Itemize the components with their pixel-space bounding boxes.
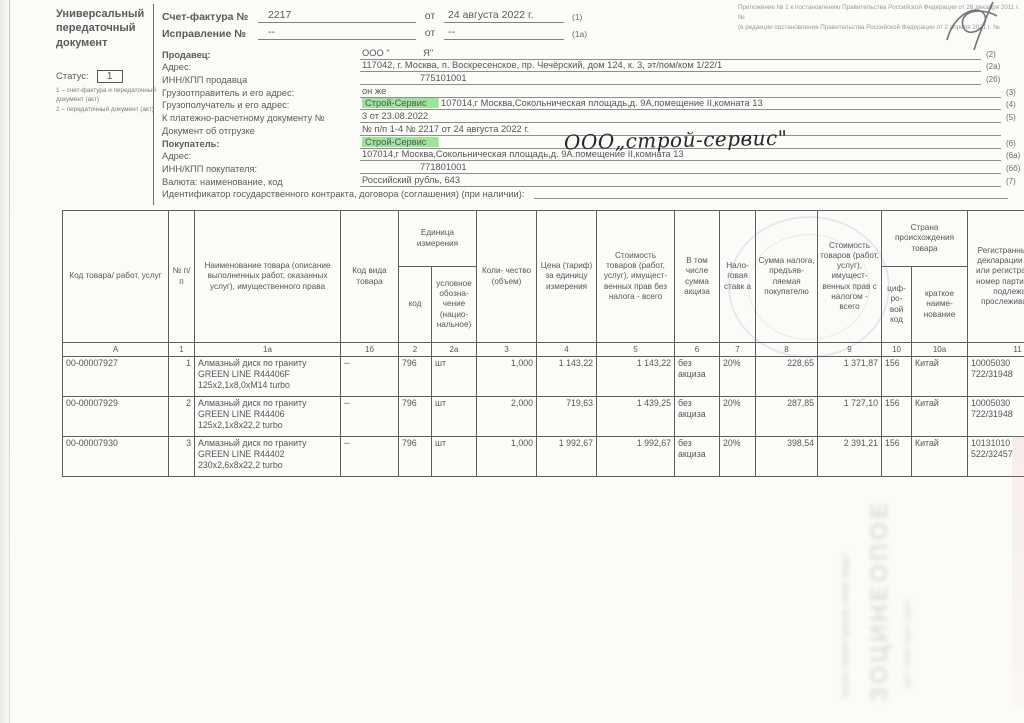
header-price: Цена (тариф) за единицу измерения [537,211,597,343]
cell-sum-with-tax: 1 371,87 [818,357,882,397]
cell-item-code: 00-00007929 [63,397,169,437]
field-value: 3 от 23.08.2022 [362,111,428,121]
code-cell: 2 [399,343,432,357]
field-currency: Валюта: наименование, код Российский руб… [162,174,1008,187]
code-cell: 3 [477,343,537,357]
code-cell: 10 [882,343,912,357]
field-label: К платежно-расчетному документу № [162,113,360,123]
header-country: Страна происхождения товара [882,211,968,267]
cell-price: 1 992,67 [537,437,597,477]
code-cell: 2а [432,343,477,357]
field-consignee: Грузополучатель и его адрес: Строй-Серви… [162,98,1008,111]
cell-sum-without-tax: 1 992,67 [597,437,675,477]
field-gov-contract: Идентификатор государственного контракта… [162,187,1008,200]
document-title: Универсальный передаточный документ [56,7,160,50]
field-label: Идентификатор государственного контракта… [162,189,534,199]
code-cell: А [63,343,169,357]
scan-edge-line [9,0,10,723]
highlighted-buyer-name: Строй-Сервис [362,137,438,147]
cell-excise: без акциза [675,437,720,477]
cell-row-number: 1 [169,357,195,397]
cell-tax-rate: 20% [720,397,756,437]
header-country-name: краткое наиме- нование [912,267,968,343]
cell-country-name: Китай [912,397,968,437]
cell-quantity: 1,000 [477,437,537,477]
field-label: Валюта: наименование, код [162,177,360,187]
table-row: 00-00007929 2 Алмазный диск по граниту G… [63,397,1024,437]
cell-unit-symbol: шт [432,397,477,437]
header-unit-symbol: условное обозна- чение (нацио- нальное) [432,267,477,343]
field-label: Адрес: [162,151,360,161]
field-value: 117042, г. Москва, п. Воскресенское, пр.… [362,60,722,70]
cell-country-code: 156 [882,397,912,437]
field-label: Грузоотправитель и его адрес: [162,88,360,98]
field-ref: (6) [1001,139,1024,149]
invoice-label: Счет-фактура № [162,11,258,23]
field-value: ООО " Я" [362,48,433,58]
cell-unit-code: 796 [399,437,432,477]
header-item-name: Наименование товара (описание выполненны… [195,211,341,343]
code-cell: 9 [818,343,882,357]
code-cell: 7 [720,343,756,357]
field-seller-inn: ИНН/КПП продавца 775101001 (2б) [162,72,1008,85]
field-ref: (6б) [1001,164,1024,174]
field-seller: Продавец: ООО " Я" (2) [162,47,1008,60]
bleed-through-text: цеп ловн иеро цвап [902,508,912,688]
ref-1: (1) [564,12,606,23]
code-cell: 11 [968,343,1024,357]
status-label: Статус: [56,71,89,82]
status-block: Статус: 1 1 – счет-фактура и передаточны… [56,70,164,114]
cell-item-name: Алмазный диск по граниту GREEN LINE R444… [195,397,341,437]
cell-price: 719,63 [537,397,597,437]
field-value: он же [362,86,386,96]
cell-price: 1 143,22 [537,357,597,397]
field-label: Грузополучатель и его адрес: [162,100,360,110]
cell-sum-with-tax: 1 727,10 [818,397,882,437]
invoice-date: 24 августа 2022 г. [444,9,564,23]
cell-tax-rate: 20% [720,357,756,397]
cell-tax-sum: 287,85 [756,397,818,437]
field-ref: (2а) [981,62,1008,72]
field-ref: (6а) [1001,151,1024,161]
header-tax-rate: Нало- говая ставк а [720,211,756,343]
field-ref: (3) [1001,88,1024,98]
cell-quantity: 1,000 [477,357,537,397]
field-buyer-address: Адрес: 107014,г Москва,Сокольническая пл… [162,149,1008,162]
status-value: 1 [97,70,123,83]
header-quantity: Коли- чество (объем) [477,211,537,343]
from-label: от [416,10,444,23]
cell-row-number: 3 [169,437,195,477]
cell-quantity: 2,000 [477,397,537,437]
code-cell: 10а [912,343,968,357]
header-reg-number: Регистра­нный номер декларации на товар … [968,211,1024,343]
field-label: Адрес: [162,62,360,72]
requisites-section: Продавец: ООО " Я" (2) Адрес: 117042, г.… [162,47,1008,199]
field-value: Российский рубль, 643 [362,175,460,185]
ref-1a: (1а) [564,29,606,40]
cell-country-name: Китай [912,357,968,397]
header-row-number: № п/п [169,211,195,343]
bleed-through-text: пцов лание церов нпио водл [838,488,853,698]
status-note-2: 2 – передаточный документ (акт) [56,105,164,114]
correction-row: Исправление № -- от -- (1а) [162,23,582,40]
field-value: № п/п 1-4 № 2217 от 24 августа 2022 г. [362,124,529,134]
code-cell: 1б [341,343,399,357]
field-value: 107014,г Москва,Сокольническая площадь,д… [362,149,684,159]
code-cell: 4 [537,343,597,357]
field-payment-doc: К платежно-расчетному документу № 3 от 2… [162,110,1008,123]
cell-tax-sum: 398,54 [756,437,818,477]
header-country-code: циф- ро- вой код [882,267,912,343]
field-ref: (5) [1001,113,1024,123]
field-ref: (2) [981,50,1008,60]
cell-item-kind: -- [341,357,399,397]
header-unit-code: код [399,267,432,343]
field-label: Документ об отгрузке [162,126,360,136]
invoice-number: 2217 [258,9,416,23]
cell-item-code: 00-00007930 [63,437,169,477]
from-label-2: от [416,27,444,40]
field-label: Покупатель: [162,139,360,149]
table-row: 00-00007927 1 Алмазный диск по граниту G… [63,357,1024,397]
field-value: 107014,г Москва,Сокольническая площадь,д… [441,98,763,108]
field-ref: (2б) [981,75,1008,85]
bleed-through-text: ЗОЦИНЕОПОЕ [866,452,894,702]
code-cell: 1а [195,343,341,357]
scan-edge-shadow [0,0,9,723]
cell-item-kind: -- [341,397,399,437]
cell-unit-symbol: шт [432,437,477,477]
cell-reg-number: 10005030 722/31948 [968,397,1024,437]
cell-country-code: 156 [882,357,912,397]
cell-unit-symbol: шт [432,357,477,397]
field-label: ИНН/КПП продавца [162,75,360,85]
field-ref: (7) [1001,177,1024,187]
field-label: ИНН/КПП покупателя: [162,164,360,174]
cell-unit-code: 796 [399,397,432,437]
field-value: 775101001 [362,73,467,83]
cell-row-number: 2 [169,397,195,437]
handwritten-signature-mark-icon [933,0,1021,52]
cell-tax-sum: 228,65 [756,357,818,397]
header-tax-sum: Сумма налога, предъяв- ляемая покупателю [756,211,818,343]
field-label: Продавец: [162,50,360,60]
cell-sum-without-tax: 1 439,25 [597,397,675,437]
cell-item-name: Алмазный диск по граниту GREEN LINE R444… [195,357,341,397]
table-header: Код товара/ работ, услуг № п/п Наименова… [63,211,1024,343]
header-item-kind: Код вида товара [341,211,399,343]
cell-item-code: 00-00007927 [63,357,169,397]
correction-date: -- [444,26,564,40]
invoice-header: Счет-фактура № 2217 от 24 августа 2022 г… [162,6,582,40]
cell-tax-rate: 20% [720,437,756,477]
header-excise: В том числе сумма акциза [675,211,720,343]
cell-sum-without-tax: 1 143,22 [597,357,675,397]
field-ref: (4) [1001,100,1024,110]
code-cell: 8 [756,343,818,357]
header-item-code: Код товара/ работ, услуг [63,211,169,343]
correction-label: Исправление № [162,28,258,40]
code-cell: 6 [675,343,720,357]
code-cell: 5 [597,343,675,357]
header-unit: Единица измерения [399,211,477,267]
cell-excise: без акциза [675,357,720,397]
highlighted-consignee-name: Строй-Сервис [362,98,438,108]
status-note-1: 1 – счет-фактура и передаточный документ… [56,86,164,105]
header-divider [153,4,154,205]
cell-excise: без акциза [675,397,720,437]
invoice-number-row: Счет-фактура № 2217 от 24 августа 2022 г… [162,6,582,23]
cell-unit-code: 796 [399,357,432,397]
cell-country-name: Китай [912,437,968,477]
correction-number: -- [258,26,416,40]
cell-item-name: Алмазный диск по граниту GREEN LINE R444… [195,437,341,477]
scan-color-artifact [1012,436,1024,708]
field-consignor: Грузоотправитель и его адрес: он же (3) [162,85,1008,98]
goods-table: Код товара/ работ, услуг № п/п Наименова… [62,210,1024,477]
header-sum-with-tax: Стоимость товаров (работ, услуг), имущес… [818,211,882,343]
field-value: 771801001 [362,162,467,172]
column-codes-row: А 1 1а 1б 2 2а 3 4 5 6 7 8 9 10 10а 11 [63,343,1024,357]
header-sum-without-tax: Стоимость товаров (работ, услуг), имущес… [597,211,675,343]
field-buyer-inn: ИНН/КПП покупателя: 771801001 (6б) [162,161,1008,174]
cell-reg-number: 10005030 722/31948 [968,357,1024,397]
cell-item-kind: -- [341,437,399,477]
field-buyer: Покупатель: Строй-Сервис ООО„строй-серви… [162,136,1008,149]
code-cell: 1 [169,343,195,357]
field-seller-address: Адрес: 117042, г. Москва, п. Воскресенск… [162,60,1008,73]
